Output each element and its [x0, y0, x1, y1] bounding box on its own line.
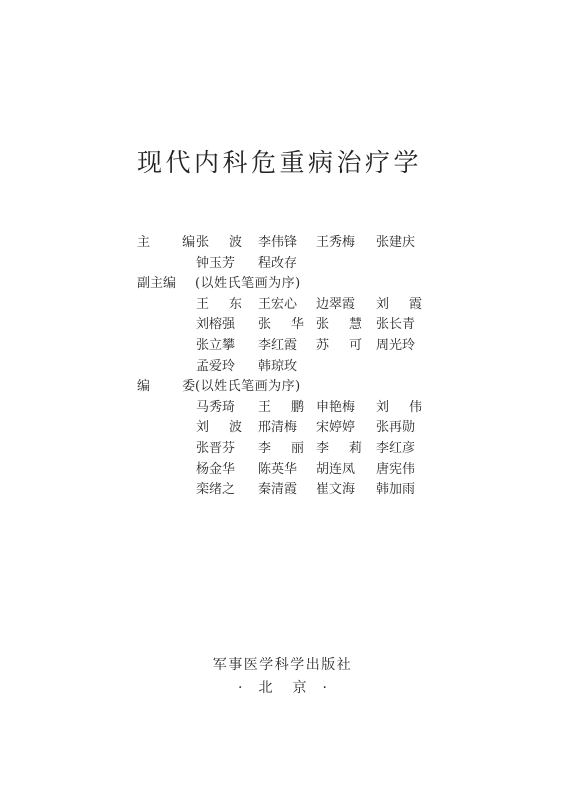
person-name: 宋婷婷: [316, 418, 362, 439]
person-name: 李伟锋: [258, 233, 304, 254]
person-name: 李莉: [316, 439, 362, 460]
role-label: 主 编: [137, 233, 193, 254]
publisher-city: ·北京·: [0, 678, 565, 698]
publisher-name: 军事医学科学出版社: [0, 655, 565, 675]
city-char-2: 京: [293, 678, 307, 698]
person-name: 秦清霞: [258, 480, 304, 501]
book-title: 现代内科危重病治疗学: [137, 146, 422, 180]
person-name: 张立攀: [196, 336, 242, 357]
person-name: 韩琼玫: [258, 357, 304, 378]
person-name: 孟爱玲: [196, 357, 242, 378]
person-name: 程改存: [258, 254, 304, 275]
person-name: 张慧: [316, 315, 362, 336]
person-name: 刘波: [196, 418, 242, 439]
ordering-note: (以姓氏笔画为序): [195, 274, 301, 295]
ordering-note: (以姓氏笔画为序): [195, 377, 301, 398]
person-name: 王东: [196, 295, 242, 316]
person-name: 王鹏: [258, 398, 304, 419]
person-name: 唐宪伟: [376, 460, 422, 481]
person-name: 栾绪之: [196, 480, 242, 501]
dot-right: ·: [323, 678, 327, 698]
person-name: 王宏心: [258, 295, 304, 316]
person-name: 钟玉芳: [196, 254, 242, 275]
person-name: 杨金华: [196, 460, 242, 481]
city-char-1: 北: [259, 678, 273, 698]
person-name: 胡连凤: [316, 460, 362, 481]
person-name: 张波: [196, 233, 242, 254]
person-name: 苏可: [316, 336, 362, 357]
person-name: 刘伟: [376, 398, 422, 419]
person-name: 周光玲: [376, 336, 422, 357]
person-name: 李红彦: [376, 439, 422, 460]
person-name: 邢清梅: [258, 418, 304, 439]
role-label: 副主编: [137, 274, 193, 295]
dot-left: ·: [238, 678, 242, 698]
person-name: 刘霞: [376, 295, 422, 316]
person-name: 刘榕强: [196, 315, 242, 336]
person-name: 边翠霞: [316, 295, 362, 316]
person-name: 陈英华: [258, 460, 304, 481]
person-name: 张长青: [376, 315, 422, 336]
person-name: 李丽: [258, 439, 304, 460]
person-name: 张华: [258, 315, 304, 336]
person-name: 崔文海: [316, 480, 362, 501]
person-name: 张晋芬: [196, 439, 242, 460]
role-label: 编 委: [137, 377, 193, 398]
person-name: 韩加雨: [376, 480, 422, 501]
person-name: 马秀琦: [196, 398, 242, 419]
person-name: 张建庆: [376, 233, 422, 254]
person-name: 王秀梅: [316, 233, 362, 254]
person-name: 张再勋: [376, 418, 422, 439]
person-name: 申艳梅: [316, 398, 362, 419]
person-name: 李红霞: [258, 336, 304, 357]
